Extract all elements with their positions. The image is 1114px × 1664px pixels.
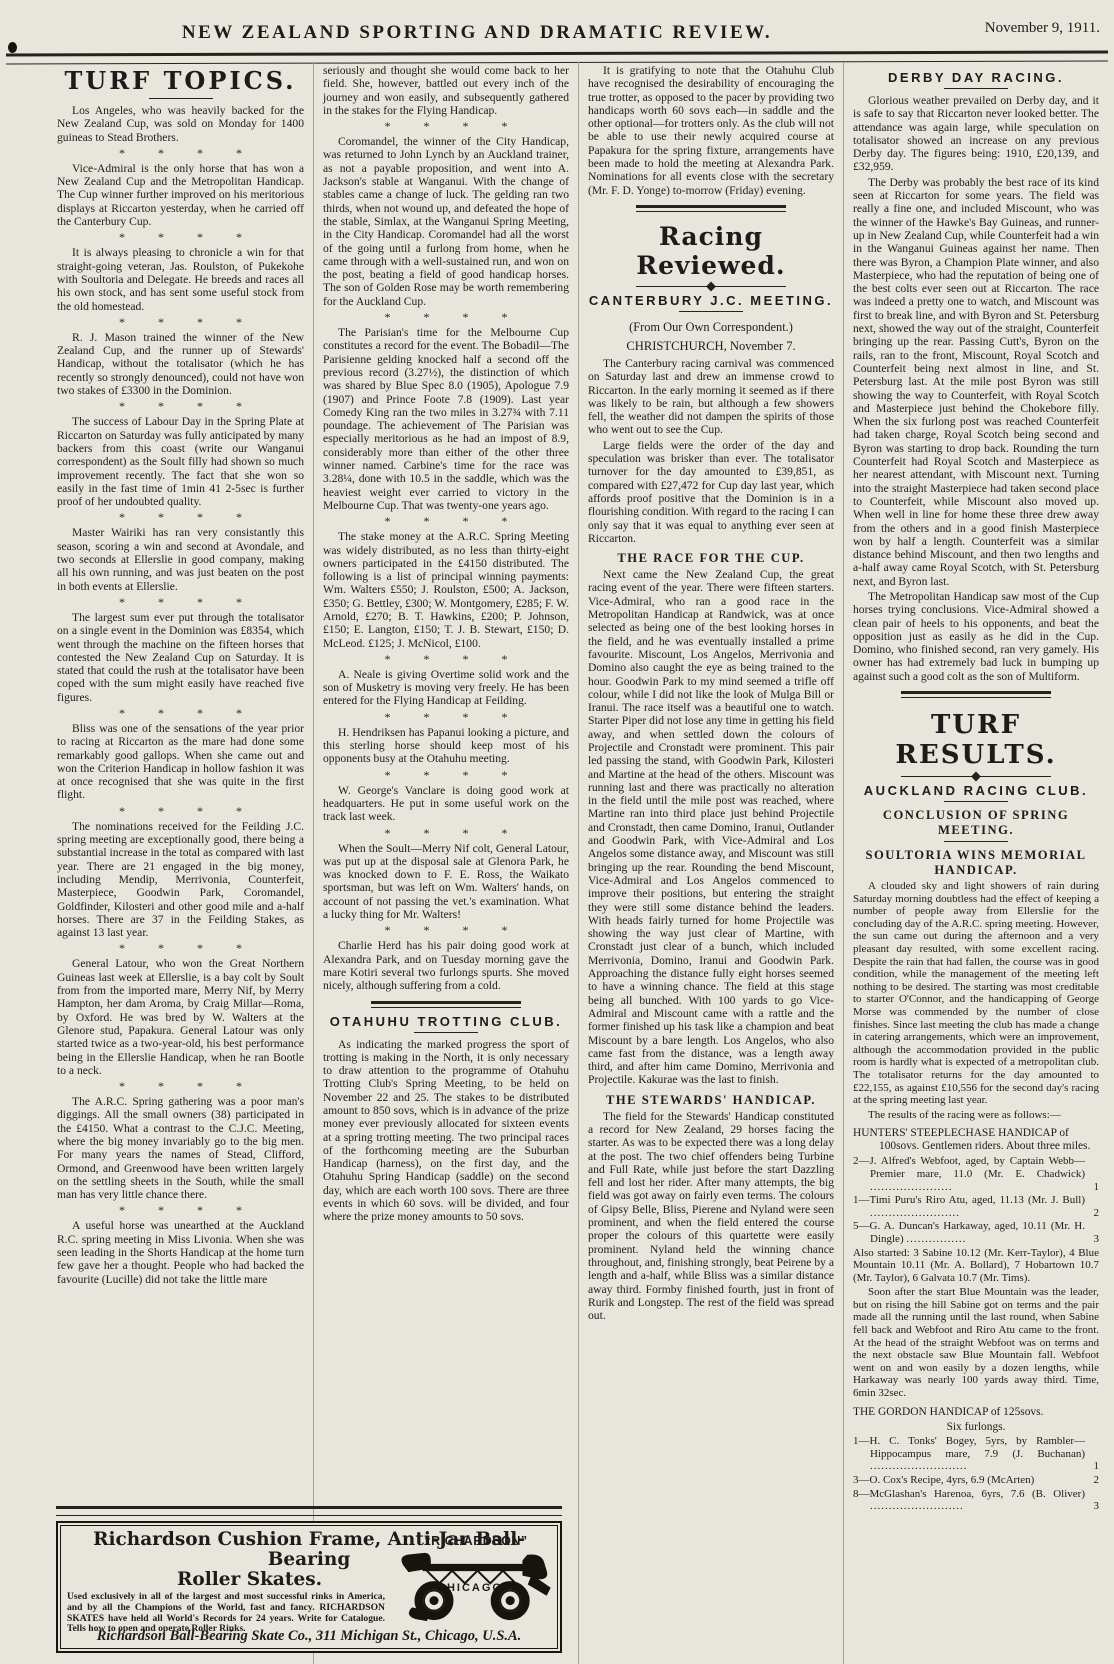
heading-rule <box>149 98 213 99</box>
race-for-cup-heading: THE RACE FOR THE CUP. <box>588 551 834 566</box>
star-separator: * * * * <box>323 310 569 325</box>
racing-reviewed-heading: Racing Reviewed. <box>588 222 834 280</box>
paragraph: Bliss was one of the sensations of the y… <box>57 722 304 802</box>
dateline: CHRISTCHURCH, November 7. <box>588 339 834 354</box>
roller-skate-illustration <box>393 1548 553 1626</box>
paragraph: A useful horse was unearthed at the Auck… <box>57 1219 304 1285</box>
heading-rule <box>414 1032 478 1033</box>
star-separator: * * * * <box>323 652 569 667</box>
paragraph: Glorious weather prevailed on Derby day,… <box>853 94 1099 174</box>
star-separator: * * * * <box>57 399 304 414</box>
paragraph: seriously and thought she would come bac… <box>323 64 569 117</box>
roller-skates-advertisement: Richardson Cushion Frame, Anti-Jar Ball-… <box>56 1521 562 1653</box>
result-entry: 8—McGlashan's Harenoa, 6yrs, 7.6 (B. Oli… <box>853 1488 1099 1513</box>
star-separator: * * * * <box>323 826 569 841</box>
paragraph: W. George's Vanclare is doing good work … <box>323 784 569 824</box>
gordon-handicap-heading: THE GORDON HANDICAP of 125sovs. <box>853 1406 1099 1419</box>
ad-top-rule <box>56 1506 562 1516</box>
paragraph: General Latour, who won the Great Northe… <box>57 957 304 1077</box>
star-separator: * * * * <box>57 146 304 161</box>
paragraph: Master Wairiki has ran very consistantly… <box>57 526 304 592</box>
auckland-racing-club-heading: AUCKLAND RACING CLUB. <box>853 783 1099 798</box>
paragraph: The Canterbury racing carnival was comme… <box>588 357 834 437</box>
finish-position: 2 <box>1094 1474 1100 1487</box>
entry-text: 2—J. Alfred's Webfoot, aged, by Captain … <box>853 1155 1085 1180</box>
ornament-divider <box>636 286 786 287</box>
result-entry: 1—H. C. Tonks' Bogey, 5yrs, by Rambler—H… <box>853 1435 1099 1473</box>
finish-position: 3 <box>1094 1500 1100 1513</box>
newspaper-page: NEW ZEALAND SPORTING AND DRAMATIC REVIEW… <box>0 0 1114 1664</box>
soultoria-heading: SOULTORIA WINS MEMORIAL HANDICAP. <box>853 848 1099 878</box>
star-separator: * * * * <box>323 923 569 938</box>
paragraph: The nominations received for the Feildin… <box>57 820 304 940</box>
heading-rule <box>679 311 743 312</box>
paragraph: It is gratifying to note that the Otahuh… <box>588 64 834 197</box>
star-separator: * * * * <box>57 941 304 956</box>
star-separator: * * * * <box>57 230 304 245</box>
column-1: TURF TOPICS. Los Angeles, who was heavil… <box>48 62 313 1664</box>
ornament-divider <box>901 776 1051 777</box>
finish-position: 1 <box>1094 1460 1100 1473</box>
paragraph: H. Hendriksen has Papanui looking a pict… <box>323 726 569 766</box>
paragraph: The stake money at the A.R.C. Spring Mee… <box>323 530 569 650</box>
star-separator: * * * * <box>57 1203 304 1218</box>
finish-position: 3 <box>1094 1233 1100 1246</box>
star-separator: * * * * <box>323 710 569 725</box>
entry-text: 8—McGlashan's Harenoa, 6yrs, 7.6 (B. Oli… <box>853 1488 1085 1500</box>
paragraph: Los Angeles, who was heavily backed for … <box>57 104 304 144</box>
paragraph: When the Soult—Merry Nif colt, General L… <box>323 842 569 922</box>
star-separator: * * * * <box>57 706 304 721</box>
heading-rule <box>944 801 1008 802</box>
star-separator: * * * * <box>57 804 304 819</box>
entry-text: 1—H. C. Tonks' Bogey, 5yrs, by Rambler—H… <box>853 1435 1085 1460</box>
entry-text: 1—Timi Puru's Riro Atu, aged, 11.13 (Mr.… <box>853 1194 1085 1206</box>
star-separator: * * * * <box>57 315 304 330</box>
issue-date: November 9, 1911. <box>985 20 1100 37</box>
results-section: A clouded sky and light showers of rain … <box>853 880 1099 1513</box>
star-separator: * * * * <box>57 510 304 525</box>
star-separator: * * * * <box>323 119 569 134</box>
paragraph: The results of the racing were as follow… <box>853 1109 1099 1122</box>
ad-company-line: Richardson Ball-Bearing Skate Co., 311 M… <box>61 1628 557 1645</box>
leader-dots: ........................ <box>870 1207 960 1219</box>
paragraph: The field for the Stewards' Handicap con… <box>588 1110 834 1323</box>
result-entry: 5—G. A. Duncan's Harkaway, aged, 10.11 (… <box>853 1220 1099 1245</box>
turf-topics-heading: TURF TOPICS. <box>57 66 304 95</box>
finish-position: 1 <box>1094 1181 1100 1194</box>
paragraph: Large fields were the order of the day a… <box>588 439 834 545</box>
gordon-distance: Six furlongs. <box>853 1421 1099 1434</box>
canterbury-meeting-heading: CANTERBURY J.C. MEETING. <box>588 293 834 308</box>
star-separator: * * * * <box>323 768 569 783</box>
paragraph: The success of Labour Day in the Spring … <box>57 415 304 508</box>
leader-dots: ...................... <box>870 1181 953 1193</box>
star-separator: * * * * <box>57 595 304 610</box>
newspaper-title: NEW ZEALAND SPORTING AND DRAMATIC REVIEW… <box>0 22 954 44</box>
conclusion-heading: CONCLUSION OF SPRING MEETING. <box>853 808 1099 838</box>
paragraph: Vice-Admiral is the only horse that has … <box>57 162 304 228</box>
hunters-steeplechase-heading: HUNTERS' STEEPLECHASE HANDICAP of 100sov… <box>853 1127 1099 1153</box>
leader-dots: ................ <box>906 1233 966 1245</box>
result-entry: 1—Timi Puru's Riro Atu, aged, 11.13 (Mr.… <box>853 1194 1099 1219</box>
also-started: Also started: 3 Sabine 10.12 (Mr. Kerr-T… <box>853 1247 1099 1285</box>
paragraph: As indicating the marked progress the sp… <box>323 1038 569 1224</box>
finish-position: 2 <box>1094 1207 1100 1220</box>
ad-border: Richardson Cushion Frame, Anti-Jar Ball-… <box>60 1525 558 1649</box>
paragraph: The largest sum ever put through the tot… <box>57 611 304 704</box>
paragraph: Charlie Herd has his pair doing good wor… <box>323 939 569 992</box>
masthead: NEW ZEALAND SPORTING AND DRAMATIC REVIEW… <box>0 14 1114 54</box>
paragraph: A clouded sky and light showers of rain … <box>853 880 1099 1107</box>
leader-dots: .......................... <box>870 1460 968 1472</box>
column-2: seriously and thought she would come bac… <box>313 62 578 1664</box>
paragraph: The A.R.C. Spring gathering was a poor m… <box>57 1095 304 1201</box>
star-separator: * * * * <box>323 514 569 529</box>
section-rule <box>901 691 1051 698</box>
stewards-handicap-heading: THE STEWARDS' HANDICAP. <box>588 1093 834 1108</box>
paragraph: The Derby was probably the best race of … <box>853 176 1099 588</box>
column-4: DERBY DAY RACING. Glorious weather preva… <box>843 62 1108 1664</box>
paragraph: Coromandel, the winner of the City Handi… <box>323 135 569 308</box>
derby-day-heading: DERBY DAY RACING. <box>853 70 1099 85</box>
star-separator: * * * * <box>57 1079 304 1094</box>
paragraph: The Parisian's time for the Melbourne Cu… <box>323 326 569 512</box>
ad-brand-name: “RICHARDSON” <box>401 1534 551 1548</box>
leader-dots: ......................... <box>870 1500 964 1512</box>
section-rule <box>371 1001 521 1008</box>
otahuhu-heading: OTAHUHU TROTTING CLUB. <box>323 1014 569 1029</box>
paragraph: The Metropolitan Handicap saw most of th… <box>853 590 1099 683</box>
paragraph: R. J. Mason trained the winner of the Ne… <box>57 331 304 397</box>
heading-rule <box>944 841 1008 842</box>
heading-rule <box>944 88 1008 89</box>
result-entry: 2—J. Alfred's Webfoot, aged, by Captain … <box>853 1155 1099 1193</box>
turf-results-heading: TURF RESULTS. <box>853 710 1099 770</box>
section-rule <box>636 205 786 212</box>
columns-container: TURF TOPICS. Los Angeles, who was heavil… <box>48 62 1108 1664</box>
paragraph: A. Neale is giving Overtime solid work a… <box>323 668 569 708</box>
byline: (From Our Own Correspondent.) <box>588 320 834 335</box>
result-entry: 3—O. Cox's Recipe, 4yrs, 6.9 (McArten) 2 <box>853 1474 1099 1487</box>
paragraph: It is always pleasing to chronicle a win… <box>57 246 304 312</box>
entry-text: 3—O. Cox's Recipe, 4yrs, 6.9 (McArten) <box>853 1474 1034 1486</box>
paragraph: Next came the New Zealand Cup, the great… <box>588 568 834 1087</box>
race-report: Soon after the start Blue Mountain was t… <box>853 1286 1099 1399</box>
column-3: It is gratifying to note that the Otahuh… <box>578 62 843 1664</box>
entry-text: 5—G. A. Duncan's Harkaway, aged, 10.11 (… <box>853 1220 1085 1245</box>
